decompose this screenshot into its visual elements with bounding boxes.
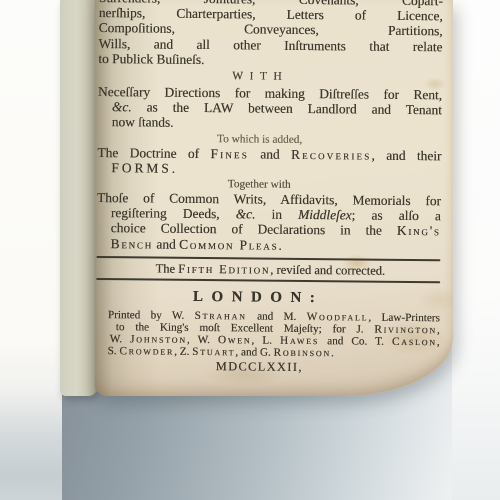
title-page: Surrenders, Jointures, Covenants, Copart… xyxy=(95,0,453,396)
writs-text: in xyxy=(255,207,298,222)
book-photo: Surrenders, Jointures, Covenants, Copart… xyxy=(0,0,500,500)
imprint-text: , L. xyxy=(251,335,280,347)
middlesex-italic: Middleſex xyxy=(298,207,352,223)
recoveries-smallcaps: Recoveries xyxy=(291,146,372,162)
fines-smallcaps: Fines xyxy=(210,146,249,161)
bench-smallcaps: Bench xyxy=(110,236,153,251)
edition-text: , reviſed and corrected. xyxy=(270,263,385,278)
edition-line: The Fifth Edition, reviſed and corrected… xyxy=(98,261,442,278)
robinson-smallcaps: Robinson xyxy=(273,347,331,360)
edition-text: The xyxy=(155,261,178,275)
common-pleas-smallcaps: Common Pleas xyxy=(179,236,278,252)
woodfall-smallcaps: Woodfall xyxy=(307,311,369,324)
imprint-text: , Z. xyxy=(174,346,192,358)
imprint-text: Printed by W. xyxy=(108,309,195,322)
etc-abbrev: &c. xyxy=(236,207,256,222)
imprint-text: , and G. xyxy=(235,347,273,359)
imprint-block: Printed by W. Strahan and M. Woodfall, L… xyxy=(95,309,440,375)
horizontal-rule xyxy=(96,278,440,283)
london-heading: LONDON: xyxy=(86,288,430,307)
imprint-text: , xyxy=(437,337,440,349)
stuart-smallcaps: Stuart xyxy=(192,346,235,358)
imprint-text: , xyxy=(437,324,440,336)
imprint-text: W. xyxy=(110,333,131,345)
writs-text: and xyxy=(153,236,179,251)
writs-text: ; as alſo a xyxy=(352,208,441,224)
title-page-text: Surrenders, Jointures, Covenants, Copart… xyxy=(95,0,443,375)
etc-abbrev: &c. xyxy=(112,99,132,114)
imprint-text: . xyxy=(331,348,334,360)
fines-text: and xyxy=(249,146,291,161)
photo-background-right xyxy=(452,0,500,500)
imprint-text: , Law-Printers xyxy=(368,311,440,324)
strahan-smallcaps: Strahan xyxy=(194,310,246,323)
writs-text: regiſtering Deeds, xyxy=(111,205,236,221)
imprint-text: and Co. T. xyxy=(319,335,392,348)
distress-line: now ſtands. xyxy=(98,114,442,133)
rivington-smallcaps: Rivington xyxy=(374,324,437,337)
facing-page-edge xyxy=(0,0,62,500)
imprint-text: and M. xyxy=(247,310,307,323)
imprint-text: , W. xyxy=(187,334,218,346)
fines-text: The Doctrine of xyxy=(97,145,210,161)
crowder-smallcaps: Crowder xyxy=(119,346,174,359)
johnston-smallcaps: Johnston xyxy=(130,334,187,347)
distress-text: as the LAW between Landlord and Tenant xyxy=(132,100,442,118)
caslon-smallcaps: Caslon xyxy=(392,336,437,348)
hawes-smallcaps: Hawes xyxy=(280,335,319,347)
kings-smallcaps: King's xyxy=(397,223,441,238)
publication-date: MDCCLXXII, xyxy=(87,359,431,375)
imprint-text: S. xyxy=(107,346,119,358)
fines-text: , and their xyxy=(371,147,441,163)
book-cover-edge xyxy=(60,0,98,396)
fifth-edition-smallcaps: Fifth Edition xyxy=(178,262,270,277)
writs-text: . xyxy=(278,237,282,252)
owen-smallcaps: Owen xyxy=(218,334,252,346)
with-heading: WITH xyxy=(88,69,432,85)
